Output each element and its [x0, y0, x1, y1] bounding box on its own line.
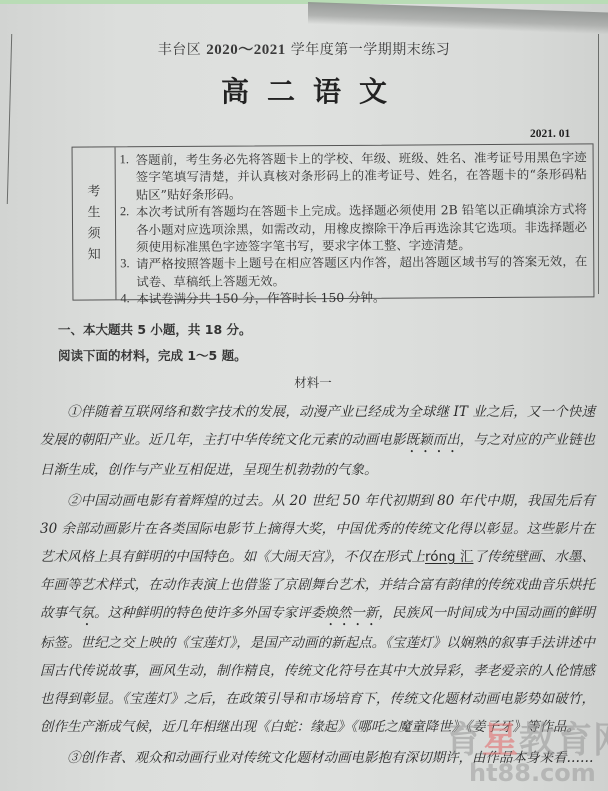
background-strip	[0, 0, 608, 4]
material-title: 材料一	[0, 373, 608, 391]
notice-text: 答题前，考生务必先将答题卡上的学校、年级、班级、姓名、准考证号用黑色字迹签字笔填…	[136, 148, 587, 203]
notice-number: 2.	[120, 203, 136, 255]
material-body: ①伴随着互联网络和数字技术的发展，动漫产业已经成为全球继 IT 业之后，又一个快…	[40, 398, 595, 772]
term-name: 学年度第一学期期末练习	[291, 42, 451, 58]
exam-header: 丰台区 2020～2021 学年度第一学期期末练习	[0, 38, 608, 59]
section-heading: 一、本大题共 5 小题，共 18 分。	[58, 320, 252, 338]
notice-item: 4. 本试卷满分共 150 分，作答时长 150 分钟。	[120, 288, 587, 308]
notice-items: 1. 答题前，考生务必先将答题卡上的学校、年级、班级、姓名、准考证号用黑色字迹签…	[116, 144, 594, 299]
reading-instruction: 阅读下面的材料，完成 1～5 题。	[58, 346, 247, 364]
notice-item: 2. 本次考试所有答题均在答题卡上完成。选择题必须使用 2B 铅笔以正确填涂方式…	[120, 201, 587, 256]
notice-label: 考 生 须 知	[73, 147, 117, 299]
paragraph-text: 。这种鲜明的特色使许多外国专家评委	[94, 605, 324, 621]
paragraph-2: ②中国动画电影有着辉煌的过去。从 20 世纪 50 年代初期到 80 年代中期，…	[40, 487, 595, 741]
paragraph-1: ①伴随着互联网络和数字技术的发展，动漫产业已经成为全球继 IT 业之后，又一个快…	[40, 398, 595, 484]
dotted-word: 氛	[81, 605, 95, 621]
notice-text: 请严格按照答题卡上题号在相应答题区内作答，超出答题区域书写的答案无效，在试卷、草…	[136, 253, 587, 291]
paragraph-text: ③创作者、观众和动画行业对传统文化题材动画电影抱有深切期许，由作品本身来看……	[67, 750, 594, 766]
notice-label-char: 知	[88, 244, 101, 265]
notice-item: 1. 答题前，考生务必先将答题卡上的学校、年级、班级、姓名、准考证号用黑色字迹签…	[120, 148, 587, 203]
district: 丰台区	[158, 42, 202, 58]
notice-number: 4.	[120, 290, 136, 308]
notice-label-char: 考	[87, 181, 100, 202]
notice-text: 本次考试所有答题均在答题卡上完成。选择题必须使用 2B 铅笔以正确填涂方式将各小…	[136, 201, 587, 256]
paragraph-text: ，民族风一时间成为中国动画的鲜明标签。世纪之交上映的《宝莲灯》，是国产动画的新起…	[40, 605, 595, 735]
dotted-word: 既颖而出	[406, 432, 460, 448]
exam-title: 高二语文	[0, 70, 608, 110]
notice-label-char: 须	[87, 223, 100, 244]
notice-number: 1.	[120, 151, 136, 203]
pinyin-blank: róng 汇	[425, 549, 473, 565]
notice-text: 本试卷满分共 150 分，作答时长 150 分钟。	[136, 288, 587, 308]
notice-number: 3.	[120, 256, 136, 291]
school-years: 2020～2021	[206, 42, 286, 58]
exam-date: 2021. 01	[530, 128, 570, 140]
candidate-notice-box: 考 生 须 知 1. 答题前，考生务必先将答题卡上的学校、年级、班级、姓名、准考…	[72, 143, 595, 300]
dotted-word: 焕然一新	[324, 605, 378, 621]
notice-label-char: 生	[87, 202, 100, 223]
paragraph-3: ③创作者、观众和动画行业对传统文化题材动画电影抱有深切期许，由作品本身来看……	[40, 744, 595, 772]
notice-item: 3. 请严格按照答题卡上题号在相应答题区内作答，超出答题区域书写的答案无效，在试…	[120, 253, 587, 291]
